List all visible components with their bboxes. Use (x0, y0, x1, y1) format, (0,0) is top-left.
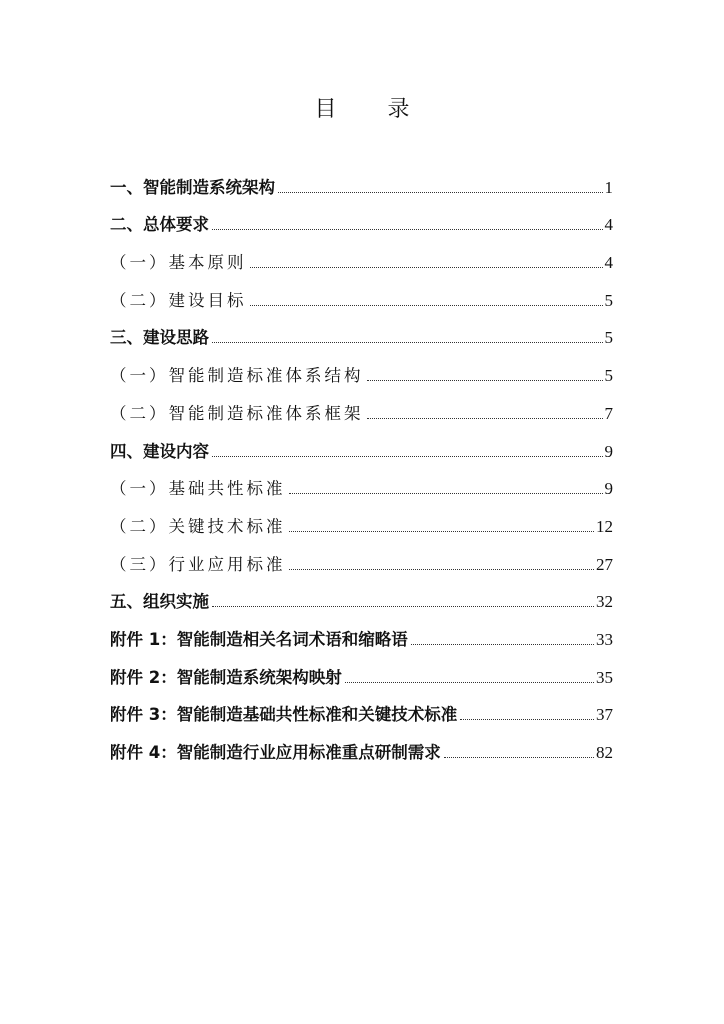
toc-entry-label: （一）基础共性标准 (110, 475, 286, 499)
dot-leader (289, 531, 595, 532)
dot-leader (367, 418, 603, 419)
toc-entry[interactable]: 四、建设内容9 (110, 424, 613, 462)
toc-entry-label: （一）基本原则 (110, 249, 247, 273)
dot-leader (250, 305, 603, 306)
toc-entry-page: 32 (596, 592, 613, 612)
toc-entry-page: 4 (605, 253, 614, 273)
toc-entry-appendix[interactable]: 附件 3：智能制造基础共性标准和关键技术标准37 (110, 688, 613, 726)
toc-entry-page: 82 (596, 743, 613, 763)
toc-entry-page: 1 (605, 178, 614, 198)
toc-entry[interactable]: （二）智能制造标准体系框架7 (110, 386, 613, 424)
toc-entry-page: 7 (605, 404, 614, 424)
toc-entry-label: 附件 1：智能制造相关名词术语和缩略语 (110, 626, 408, 650)
toc-entry-page: 12 (596, 517, 613, 537)
toc-entry-appendix[interactable]: 附件 1：智能制造相关名词术语和缩略语33 (110, 612, 613, 650)
toc-entry-page: 9 (605, 442, 614, 462)
dot-leader (367, 380, 603, 381)
toc-entry-page: 27 (596, 555, 613, 575)
toc-entry-appendix[interactable]: 附件 2：智能制造系统架构映射35 (110, 650, 613, 688)
toc-entry[interactable]: （一）智能制造标准体系结构5 (110, 348, 613, 386)
toc-entry[interactable]: （一）基础共性标准9 (110, 462, 613, 500)
dot-leader (444, 757, 594, 758)
toc-entry-page: 33 (596, 630, 613, 650)
toc-entry-label: （二）智能制造标准体系框架 (110, 400, 364, 424)
toc-entry-label: （一）智能制造标准体系结构 (110, 362, 364, 386)
table-of-contents: 一、智能制造系统架构1 二、总体要求4 （一）基本原则4 （二）建设目标5 三、… (110, 160, 613, 763)
dot-leader (289, 569, 595, 570)
toc-entry-label: 附件 3：智能制造基础共性标准和关键技术标准 (110, 701, 457, 725)
toc-entry-label: （三）行业应用标准 (110, 551, 286, 575)
dot-leader (212, 342, 603, 343)
dot-leader (411, 644, 594, 645)
toc-entry[interactable]: 三、建设思路5 (110, 311, 613, 349)
toc-entry-page: 37 (596, 705, 613, 725)
toc-entry-label: 五、组织实施 (110, 588, 209, 612)
toc-entry-page: 4 (605, 215, 614, 235)
dot-leader (250, 267, 603, 268)
toc-entry-label: 附件 4：智能制造行业应用标准重点研制需求 (110, 739, 441, 763)
toc-entry[interactable]: 二、总体要求4 (110, 198, 613, 236)
toc-entry-page: 5 (605, 366, 614, 386)
toc-entry-label: （二）关键技术标准 (110, 513, 286, 537)
toc-entry-page: 5 (605, 328, 614, 348)
page-title: 目 录 (0, 92, 724, 123)
toc-entry-label: 附件 2：智能制造系统架构映射 (110, 664, 342, 688)
toc-entry-label: （二）建设目标 (110, 287, 247, 311)
toc-entry[interactable]: （二）建设目标5 (110, 273, 613, 311)
toc-entry-appendix[interactable]: 附件 4：智能制造行业应用标准重点研制需求82 (110, 725, 613, 763)
dot-leader (345, 682, 594, 683)
dot-leader (278, 192, 603, 193)
dot-leader (212, 456, 603, 457)
toc-entry[interactable]: 一、智能制造系统架构1 (110, 160, 613, 198)
dot-leader (212, 606, 594, 607)
toc-entry-label: 一、智能制造系统架构 (110, 174, 275, 198)
dot-leader (212, 229, 603, 230)
toc-entry-label: 二、总体要求 (110, 211, 209, 235)
dot-leader (460, 719, 594, 720)
toc-entry[interactable]: （一）基本原则4 (110, 235, 613, 273)
toc-entry-page: 5 (605, 291, 614, 311)
toc-entry-page: 9 (605, 479, 614, 499)
dot-leader (289, 493, 603, 494)
toc-entry[interactable]: （二）关键技术标准12 (110, 499, 613, 537)
toc-entry[interactable]: （三）行业应用标准27 (110, 537, 613, 575)
toc-entry-label: 三、建设思路 (110, 324, 209, 348)
toc-entry[interactable]: 五、组织实施32 (110, 575, 613, 613)
toc-entry-label: 四、建设内容 (110, 438, 209, 462)
toc-entry-page: 35 (596, 668, 613, 688)
